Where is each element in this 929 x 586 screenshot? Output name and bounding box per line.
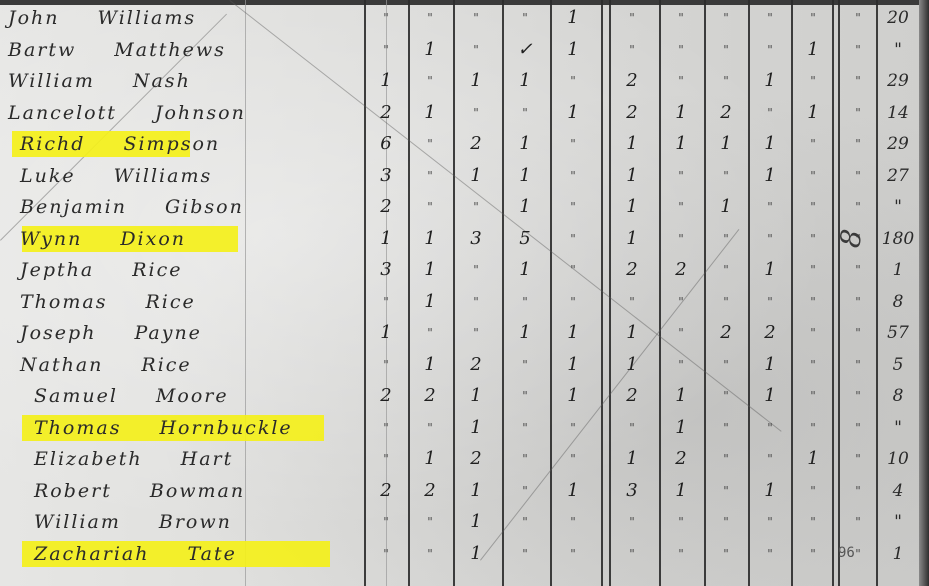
given-name: Zachariah: [34, 543, 149, 565]
tally-cell: 1: [456, 384, 496, 408]
tally-cell: ": [505, 290, 545, 314]
surname: Rice: [141, 354, 191, 376]
tally-cell: ": [706, 69, 746, 93]
given-name: Thomas: [34, 417, 121, 439]
surname: Rice: [132, 259, 182, 281]
tally-cell: ": [838, 101, 878, 125]
given-name: Joseph: [20, 322, 96, 344]
tally-cell: ": [838, 164, 878, 188]
tally-cell: 1: [750, 384, 790, 408]
tally-cell: ": [661, 353, 701, 377]
tally-cell: 2: [366, 384, 406, 408]
tally-cell: 2: [612, 101, 652, 125]
tally-cell: 1: [553, 6, 593, 30]
tally-cell: 1: [505, 321, 545, 345]
tally-cell: 1: [456, 164, 496, 188]
tally-cell: ": [706, 353, 746, 377]
tally-cell: ": [750, 227, 790, 251]
table-row: JosephPayne1""111"22""57: [0, 321, 929, 345]
tally-cell: 2: [366, 101, 406, 125]
tally-cell: 1: [706, 195, 746, 219]
table-row: WynnDixon1135"1"""""180: [0, 227, 929, 251]
given-name: John: [8, 7, 60, 29]
tally-cell: 1: [661, 384, 701, 408]
surname: Dixon: [120, 228, 186, 250]
tally-cell: ": [838, 510, 878, 534]
resident-name: WilliamBrown: [34, 510, 232, 534]
tally-cell: ": [410, 6, 450, 30]
census-page: JohnWilliams""""1""""""20BartwMatthews"1…: [0, 0, 929, 586]
tally-cell: 1: [553, 479, 593, 503]
tally-cell: ": [456, 258, 496, 282]
tally-cell: ": [553, 447, 593, 471]
tally-cell: 1: [612, 195, 652, 219]
table-row: BenjaminGibson2""1"1"1"""": [0, 195, 929, 219]
given-name: Benjamin: [20, 196, 127, 218]
tally-cell: ": [661, 38, 701, 62]
table-row: JohnWilliams""""1""""""20: [0, 6, 929, 30]
tally-cell: ": [553, 69, 593, 93]
tally-cell: 2: [612, 258, 652, 282]
tally-cell: 3: [612, 479, 652, 503]
row-total: 29: [878, 69, 918, 93]
tally-cell: ": [793, 542, 833, 566]
tally-cell: 1: [410, 290, 450, 314]
tally-cell: 2: [456, 132, 496, 156]
tally-cell: 1: [410, 227, 450, 251]
tally-cell: 1: [750, 164, 790, 188]
resident-name: ElizabethHart: [34, 447, 233, 471]
tally-cell: 1: [456, 479, 496, 503]
tally-cell: 1: [612, 447, 652, 471]
tally-cell: 2: [661, 258, 701, 282]
table-row: RobertBowman221"131"1""4: [0, 479, 929, 503]
resident-name: RichdSimpson: [20, 132, 220, 156]
surname: Williams: [98, 7, 197, 29]
tally-cell: 1: [706, 132, 746, 156]
row-total: 4: [878, 479, 918, 503]
tally-cell: 2: [456, 447, 496, 471]
tally-cell: ": [706, 258, 746, 282]
resident-name: JohnWilliams: [8, 6, 196, 30]
tally-cell: ": [793, 416, 833, 440]
tally-cell: ✓: [505, 38, 545, 62]
given-name: Samuel: [34, 385, 118, 407]
tally-cell: ": [838, 6, 878, 30]
tally-cell: 1: [750, 479, 790, 503]
tally-cell: 1: [505, 69, 545, 93]
surname: Matthews: [114, 39, 226, 61]
resident-name: LukeWilliams: [20, 164, 212, 188]
tally-cell: ": [750, 542, 790, 566]
tally-cell: ": [553, 290, 593, 314]
tally-cell: ": [706, 384, 746, 408]
tally-cell: ": [661, 6, 701, 30]
given-name: Luke: [20, 165, 76, 187]
tally-cell: ": [793, 384, 833, 408]
tally-cell: 1: [661, 132, 701, 156]
tally-cell: 2: [410, 479, 450, 503]
tally-cell: ": [661, 510, 701, 534]
tally-cell: ": [366, 416, 406, 440]
row-total: 8: [878, 290, 918, 314]
tally-cell: 1: [456, 69, 496, 93]
tally-cell: ": [793, 353, 833, 377]
tally-cell: 3: [366, 164, 406, 188]
tally-cell: ": [366, 447, 406, 471]
tally-cell: ": [661, 321, 701, 345]
tally-cell: 1: [661, 101, 701, 125]
tally-cell: ": [750, 447, 790, 471]
surname: Brown: [159, 511, 232, 533]
surname: Hart: [181, 448, 234, 470]
resident-name: LancelottJohnson: [8, 101, 246, 125]
tally-cell: 2: [456, 353, 496, 377]
tally-cell: 2: [706, 321, 746, 345]
tally-cell: 1: [553, 384, 593, 408]
resident-name: BartwMatthews: [8, 38, 226, 62]
tally-cell: 2: [612, 69, 652, 93]
tally-cell: 1: [793, 447, 833, 471]
resident-name: JepthaRice: [20, 258, 183, 282]
row-total: 180: [878, 227, 918, 251]
tally-cell: ": [553, 164, 593, 188]
tally-cell: 1: [410, 353, 450, 377]
tally-cell: ": [410, 542, 450, 566]
table-row: WilliamNash1"11"2""1""29: [0, 69, 929, 93]
resident-name: NathanRice: [20, 353, 192, 377]
table-row: WilliamBrown""1""""""""": [0, 510, 929, 534]
tally-cell: ": [410, 164, 450, 188]
table-row: BartwMatthews"1"✓1""""1"": [0, 38, 929, 62]
tally-cell: ": [612, 38, 652, 62]
table-row: ThomasRice"1"""""""""8: [0, 290, 929, 314]
tally-cell: ": [366, 542, 406, 566]
tally-cell: ": [553, 416, 593, 440]
resident-name: ZachariahTate: [34, 542, 237, 566]
tally-cell: 1: [661, 479, 701, 503]
tally-cell: ": [505, 542, 545, 566]
tally-cell: ": [793, 258, 833, 282]
tally-cell: ": [793, 227, 833, 251]
tally-cell: ": [793, 195, 833, 219]
surname: Nash: [133, 70, 191, 92]
tally-cell: ": [793, 6, 833, 30]
tally-cell: 1: [793, 101, 833, 125]
tally-cell: ": [410, 416, 450, 440]
row-total: ": [878, 416, 918, 440]
tally-cell: ": [505, 353, 545, 377]
given-name: Bartw: [8, 39, 76, 61]
tally-cell: ": [612, 416, 652, 440]
tally-cell: ": [838, 321, 878, 345]
tally-cell: 1: [456, 416, 496, 440]
tally-cell: ": [706, 479, 746, 503]
resident-name: WilliamNash: [8, 69, 191, 93]
tally-cell: 1: [505, 258, 545, 282]
tally-cell: ": [750, 510, 790, 534]
surname: Tate: [187, 543, 236, 565]
tally-cell: ": [838, 69, 878, 93]
tally-cell: 2: [366, 195, 406, 219]
row-total: ": [878, 195, 918, 219]
tally-cell: ": [706, 227, 746, 251]
tally-cell: 1: [553, 38, 593, 62]
given-name: Richd: [20, 133, 85, 155]
surname: Moore: [156, 385, 229, 407]
surname: Williams: [114, 165, 213, 187]
tally-cell: 1: [456, 510, 496, 534]
tally-cell: ": [661, 195, 701, 219]
tally-cell: 1: [410, 258, 450, 282]
tally-cell: 3: [456, 227, 496, 251]
tally-cell: 1: [553, 353, 593, 377]
tally-cell: ": [793, 479, 833, 503]
tally-cell: 1: [661, 416, 701, 440]
tally-cell: 3: [366, 258, 406, 282]
tally-cell: ": [838, 447, 878, 471]
surname: Simpson: [123, 133, 220, 155]
tally-cell: 1: [612, 227, 652, 251]
tally-cell: 1: [750, 353, 790, 377]
tally-cell: ": [750, 195, 790, 219]
tally-cell: 1: [456, 542, 496, 566]
tally-cell: ": [750, 101, 790, 125]
table-row: SamuelMoore221"121"1""8: [0, 384, 929, 408]
row-total: ": [878, 38, 918, 62]
tally-cell: ": [750, 416, 790, 440]
surname: Bowman: [150, 480, 245, 502]
given-name: Wynn: [20, 228, 82, 250]
tally-cell: 1: [793, 38, 833, 62]
tally-cell: ": [553, 195, 593, 219]
given-name: Nathan: [20, 354, 103, 376]
tally-cell: ": [793, 290, 833, 314]
tally-cell: ": [612, 290, 652, 314]
resident-name: BenjaminGibson: [20, 195, 244, 219]
tally-cell: ": [612, 510, 652, 534]
tally-cell: ": [456, 38, 496, 62]
surname: Gibson: [165, 196, 244, 218]
row-total: 20: [878, 6, 918, 30]
tally-cell: ": [838, 290, 878, 314]
tally-cell: ": [456, 101, 496, 125]
row-total: 29: [878, 132, 918, 156]
tally-cell: 1: [750, 132, 790, 156]
tally-cell: 1: [366, 321, 406, 345]
tally-cell: ": [505, 416, 545, 440]
tally-cell: ": [612, 6, 652, 30]
tally-cell: ": [793, 164, 833, 188]
tally-cell: ": [661, 227, 701, 251]
tally-cell: ": [838, 195, 878, 219]
tally-cell: ": [505, 447, 545, 471]
surname: Johnson: [155, 102, 246, 124]
tally-cell: ": [661, 69, 701, 93]
row-total: 14: [878, 101, 918, 125]
tally-cell: ": [366, 290, 406, 314]
tally-cell: 1: [612, 321, 652, 345]
tally-cell: ": [838, 384, 878, 408]
resident-name: WynnDixon: [20, 227, 186, 251]
given-name: Jeptha: [20, 259, 94, 281]
given-name: Thomas: [20, 291, 107, 313]
tally-cell: 1: [553, 321, 593, 345]
tally-cell: ": [706, 416, 746, 440]
surname: Hornbuckle: [159, 417, 292, 439]
given-name: William: [8, 70, 95, 92]
resident-name: RobertBowman: [34, 479, 245, 503]
tally-cell: 1: [366, 69, 406, 93]
row-total: 1: [878, 542, 918, 566]
tally-cell: ": [793, 510, 833, 534]
resident-name: SamuelMoore: [34, 384, 229, 408]
tally-cell: 2: [750, 321, 790, 345]
tally-cell: 1: [612, 353, 652, 377]
tally-cell: ": [706, 290, 746, 314]
tally-cell: 1: [410, 447, 450, 471]
tally-cell: 1: [553, 101, 593, 125]
tally-cell: ": [750, 6, 790, 30]
tally-cell: ": [612, 542, 652, 566]
tally-cell: 2: [661, 447, 701, 471]
tally-cell: ": [838, 132, 878, 156]
tally-cell: ": [793, 69, 833, 93]
tally-cell: ": [706, 542, 746, 566]
tally-cell: ": [410, 195, 450, 219]
tally-cell: ": [366, 353, 406, 377]
page-number: 96: [838, 545, 855, 561]
row-total: 27: [878, 164, 918, 188]
tally-cell: ": [456, 6, 496, 30]
tally-cell: ": [661, 542, 701, 566]
table-row: LukeWilliams3"11"1""1""27: [0, 164, 929, 188]
tally-cell: ": [706, 38, 746, 62]
tally-cell: ": [750, 290, 790, 314]
given-name: William: [34, 511, 121, 533]
table-row: ZachariahTate""1""""""""1: [0, 542, 929, 566]
tally-cell: ": [838, 416, 878, 440]
tally-cell: ": [553, 542, 593, 566]
tally-cell: ": [838, 258, 878, 282]
tally-cell: ": [706, 447, 746, 471]
tally-cell: ": [750, 38, 790, 62]
table-row: RichdSimpson6"21"1111""29: [0, 132, 929, 156]
tally-cell: ": [456, 195, 496, 219]
tally-cell: 1: [750, 69, 790, 93]
scan-top-edge: [0, 0, 929, 5]
row-total: 5: [878, 353, 918, 377]
row-total: 1: [878, 258, 918, 282]
given-name: Elizabeth: [34, 448, 143, 470]
tally-cell: ": [505, 101, 545, 125]
tally-cell: ": [661, 164, 701, 188]
tally-cell: ": [706, 510, 746, 534]
tally-cell: 1: [505, 132, 545, 156]
tally-cell: 1: [612, 164, 652, 188]
tally-cell: ": [505, 510, 545, 534]
tally-cell: ": [456, 290, 496, 314]
tally-cell: ": [838, 38, 878, 62]
tally-cell: ": [706, 164, 746, 188]
tally-cell: ": [410, 132, 450, 156]
tally-cell: 1: [410, 101, 450, 125]
tally-cell: ": [505, 6, 545, 30]
given-name: Lancelott: [8, 102, 117, 124]
tally-cell: 2: [612, 384, 652, 408]
row-total: 57: [878, 321, 918, 345]
tally-cell: 1: [505, 195, 545, 219]
tally-cell: ": [553, 510, 593, 534]
table-row: ThomasHornbuckle""1"""1""""": [0, 416, 929, 440]
table-row: NathanRice"12"11""1""5: [0, 353, 929, 377]
tally-cell: ": [505, 384, 545, 408]
surname: Rice: [145, 291, 195, 313]
tally-cell: 5: [505, 227, 545, 251]
tally-cell: 1: [505, 164, 545, 188]
resident-name: ThomasRice: [20, 290, 196, 314]
table-row: ElizabethHart"12""12""1"10: [0, 447, 929, 471]
tally-cell: ": [793, 132, 833, 156]
table-row: JepthaRice31"1"22"1""1: [0, 258, 929, 282]
tally-cell: ": [505, 479, 545, 503]
tally-cell: 6: [366, 132, 406, 156]
surname: Payne: [134, 322, 201, 344]
tally-cell: ": [838, 353, 878, 377]
tally-cell: ": [793, 321, 833, 345]
row-total: ": [878, 510, 918, 534]
tally-cell: ": [661, 290, 701, 314]
tally-cell: ": [553, 227, 593, 251]
tally-cell: ": [553, 258, 593, 282]
row-total: 10: [878, 447, 918, 471]
tally-cell: 1: [612, 132, 652, 156]
tally-cell: ": [706, 6, 746, 30]
tally-cell: 1: [410, 38, 450, 62]
tally-cell: ": [410, 321, 450, 345]
tally-cell: 2: [366, 479, 406, 503]
tally-cell: ": [366, 6, 406, 30]
tally-cell: 1: [750, 258, 790, 282]
resident-name: ThomasHornbuckle: [34, 416, 293, 440]
tally-cell: ": [410, 69, 450, 93]
tally-cell: ": [456, 321, 496, 345]
tally-cell: ": [366, 510, 406, 534]
row-total: 8: [878, 384, 918, 408]
tally-cell: 2: [706, 101, 746, 125]
tally-cell: ": [410, 510, 450, 534]
tally-cell: 1: [366, 227, 406, 251]
tally-cell: ": [366, 38, 406, 62]
table-row: LancelottJohnson21""1212"1"14: [0, 101, 929, 125]
resident-name: JosephPayne: [20, 321, 202, 345]
tally-cell: ": [838, 479, 878, 503]
tally-cell: ": [553, 132, 593, 156]
given-name: Robert: [34, 480, 112, 502]
tally-cell: 2: [410, 384, 450, 408]
